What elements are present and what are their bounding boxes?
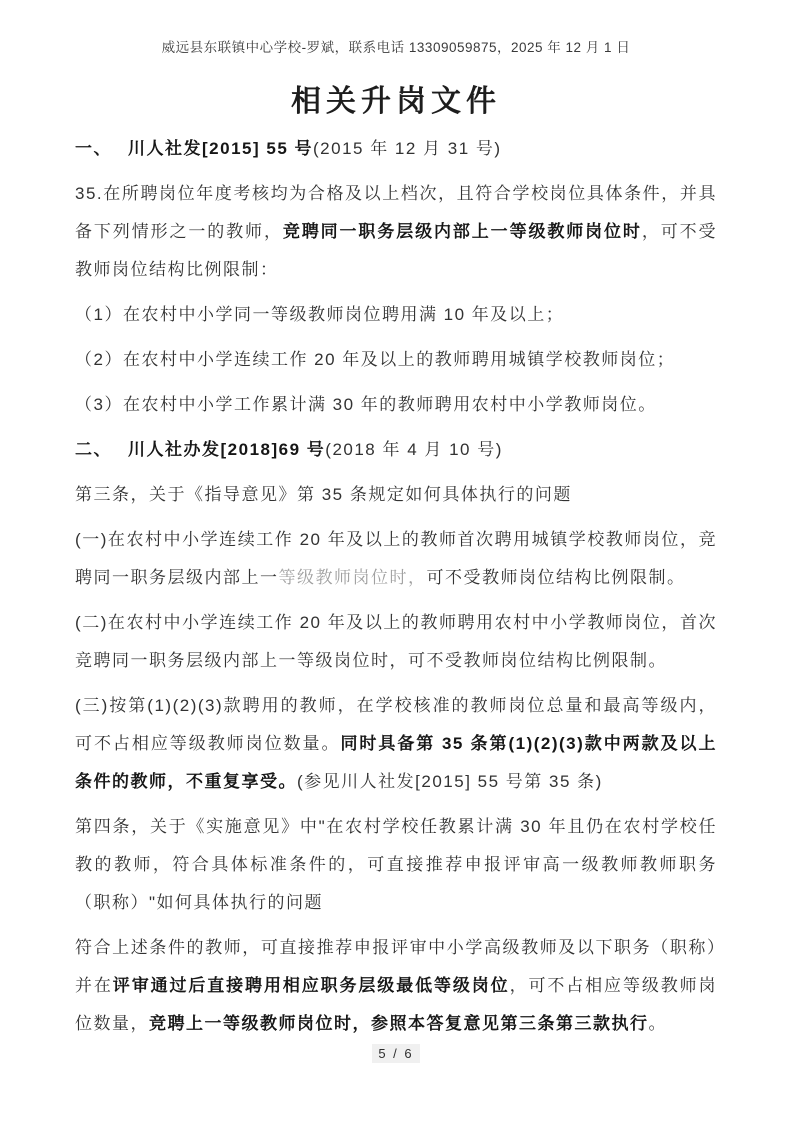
item-3: （3）在农村中小学工作累计满 30 年的教师聘用农村中小学教师岗位。 — [75, 386, 717, 424]
text-run-bold: 竞聘上一等级教师岗位时，参照本答复意见第三条第三款执行 — [149, 1014, 649, 1033]
document-header: 威远县东联镇中心学校-罗斌，联系电话 13309059875，2025 年 12… — [0, 36, 792, 56]
section-1-number: 一、 — [75, 130, 112, 168]
text-run-bold: 竞聘同一职务层级内部上一等级教师岗位时 — [283, 222, 642, 241]
article-4-intro: 第四条，关于《实施意见》中"在农村学校任教累计满 30 年且仍在农村学校任教的教… — [75, 808, 717, 922]
section-1-date: (2015 年 12 月 31 号) — [313, 139, 502, 158]
article-3-intro: 第三条，关于《指导意见》第 35 条规定如何具体执行的问题 — [75, 476, 717, 514]
page-title: 相关升岗文件 — [0, 76, 792, 120]
text-run: (参见川人社发[2015] 55 号第 35 条) — [297, 772, 603, 791]
section-2-number: 二、 — [75, 431, 112, 469]
clause-3: (三)按第(1)(2)(3)款聘用的教师，在学校核准的教师岗位总量和最高等级内，… — [75, 687, 717, 801]
text-run-faded: 等级教师岗位时， — [279, 568, 427, 587]
section-2-title: 川人社办发[2018]69 号 — [128, 440, 325, 459]
text-run-bold: 评审通过后直接聘用相应职务层级最低等级岗位 — [113, 976, 510, 995]
item-1: （1）在农村中小学同一等级教师岗位聘用满 10 年及以上； — [75, 296, 717, 334]
section-2-heading: 二、川人社办发[2018]69 号(2018 年 4 月 10 号) — [75, 431, 717, 469]
text-run: 可不受教师岗位结构比例限制。 — [427, 568, 686, 587]
document-body: 一、川人社发[2015] 55 号(2015 年 12 月 31 号) 35.在… — [75, 130, 717, 1050]
item-2: （2）在农村中小学连续工作 20 年及以上的教师聘用城镇学校教师岗位； — [75, 341, 717, 379]
section-1-heading: 一、川人社发[2015] 55 号(2015 年 12 月 31 号) — [75, 130, 717, 168]
section-1-title: 川人社发[2015] 55 号 — [128, 139, 313, 158]
clause-2: (二)在农村中小学连续工作 20 年及以上的教师聘用农村中小学教师岗位，首次竞聘… — [75, 604, 717, 680]
section-2-date: (2018 年 4 月 10 号) — [325, 440, 503, 459]
text-run: 。 — [649, 1014, 668, 1033]
clause-1: (一)在农村中小学连续工作 20 年及以上的教师首次聘用城镇学校教师岗位，竞聘同… — [75, 521, 717, 597]
document-page: 威远县东联镇中心学校-罗斌，联系电话 13309059875，2025 年 12… — [0, 0, 792, 1121]
page-number: 5 / 6 — [372, 1044, 419, 1063]
closing-paragraph: 符合上述条件的教师，可直接推荐申报评审中小学高级教师及以下职务（职称）并在评审通… — [75, 929, 717, 1043]
footer: 5 / 6 — [0, 1046, 792, 1061]
paragraph-35: 35.在所聘岗位年度考核均为合格及以上档次，且符合学校岗位具体条件，并具备下列情… — [75, 175, 717, 289]
